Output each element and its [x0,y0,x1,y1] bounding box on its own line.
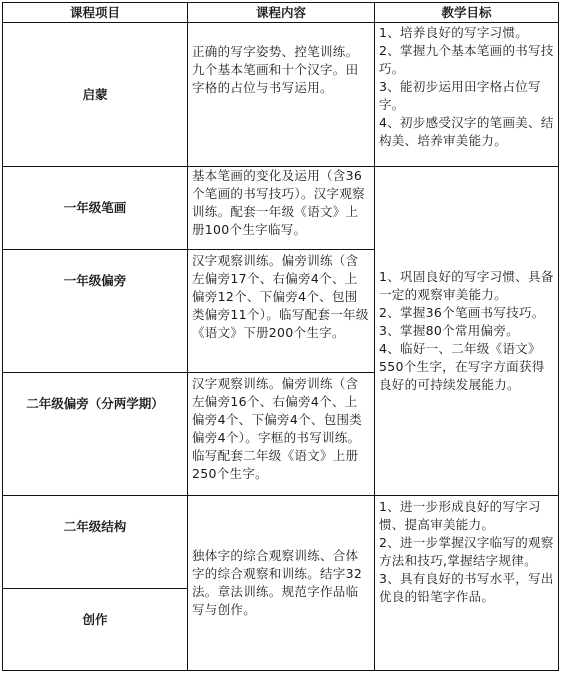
header-row: 课程项目 课程内容 教学目标 [3,3,559,23]
course-name: 创作 [3,589,188,671]
course-content: 汉字观察训练。偏旁训练（含左偏旁16个、右偏旁4个、上偏旁4个、下偏旁4个、包围… [188,373,375,496]
header-course-content: 课程内容 [188,3,375,23]
course-content: 独体字的综合观察训练、合体字的综合观察和训练。结字32法。章法训练。规范字作品临… [188,496,375,671]
course-name: 一年级偏旁 [3,250,188,373]
goal-item: 3、具有良好的书写水平，写出优良的铅笔字作品。 [379,570,554,606]
table-row: 启蒙 正确的写字姿势、控笔训练。九个基本笔画和十个汉字。田字格的占位与书写运用。… [3,23,559,167]
goal-item: 2、掌握36个笔画书写技巧。 [379,304,554,322]
table-row: 一年级笔画 基本笔画的变化及运用（含36个笔画的书写技巧）。汉字观察训练。配套一… [3,167,559,250]
curriculum-table: 课程项目 课程内容 教学目标 启蒙 正确的写字姿势、控笔训练。九个基本笔画和十个… [2,2,559,671]
goal-item: 3、能初步运用田字格占位写字。 [379,78,554,114]
goal-item: 1、巩固良好的写字习惯、具备一定的观察审美能力。 [379,268,554,304]
course-name: 启蒙 [3,23,188,167]
goal-item: 1、进一步形成良好的写字习惯、提高审美能力。 [379,498,554,534]
header-teaching-goals: 教学目标 [375,3,559,23]
goal-item: 2、进一步掌握汉字临写的观察方法和技巧,掌握结字规律。 [379,534,554,570]
table-row: 二年级结构 独体字的综合观察训练、合体字的综合观察和训练。结字32法。章法训练。… [3,496,559,589]
header-course-item: 课程项目 [3,3,188,23]
course-name: 二年级结构 [3,496,188,589]
goal-item: 1、培养良好的写字习惯。 [379,24,554,42]
course-name: 二年级偏旁（分两学期） [3,373,188,496]
course-name: 一年级笔画 [3,167,188,250]
course-content: 基本笔画的变化及运用（含36个笔画的书写技巧）。汉字观察训练。配套一年级《语文》… [188,167,375,250]
course-content: 汉字观察训练。偏旁训练（含左偏旁17个、右偏旁4个、上偏旁12个、下偏旁4个、包… [188,250,375,373]
goal-item: 2、掌握九个基本笔画的书写技巧。 [379,42,554,78]
course-content: 正确的写字姿势、控笔训练。九个基本笔画和十个汉字。田字格的占位与书写运用。 [188,23,375,167]
goal-item: 3、掌握80个常用偏旁。 [379,322,554,340]
goal-item: 4、初步感受汉字的笔画美、结构美、培养审美能力。 [379,114,554,150]
goal-item: 4、临好一、二年级《语文》550个生字，在写字方面获得良好的可持续发展能力。 [379,340,554,394]
course-goals: 1、培养良好的写字习惯。 2、掌握九个基本笔画的书写技巧。 3、能初步运用田字格… [375,23,559,167]
course-goals-grade-shared: 1、巩固良好的写字习惯、具备一定的观察审美能力。 2、掌握36个笔画书写技巧。 … [375,167,559,496]
course-goals-advanced-shared: 1、进一步形成良好的写字习惯、提高审美能力。 2、进一步掌握汉字临写的观察方法和… [375,496,559,671]
